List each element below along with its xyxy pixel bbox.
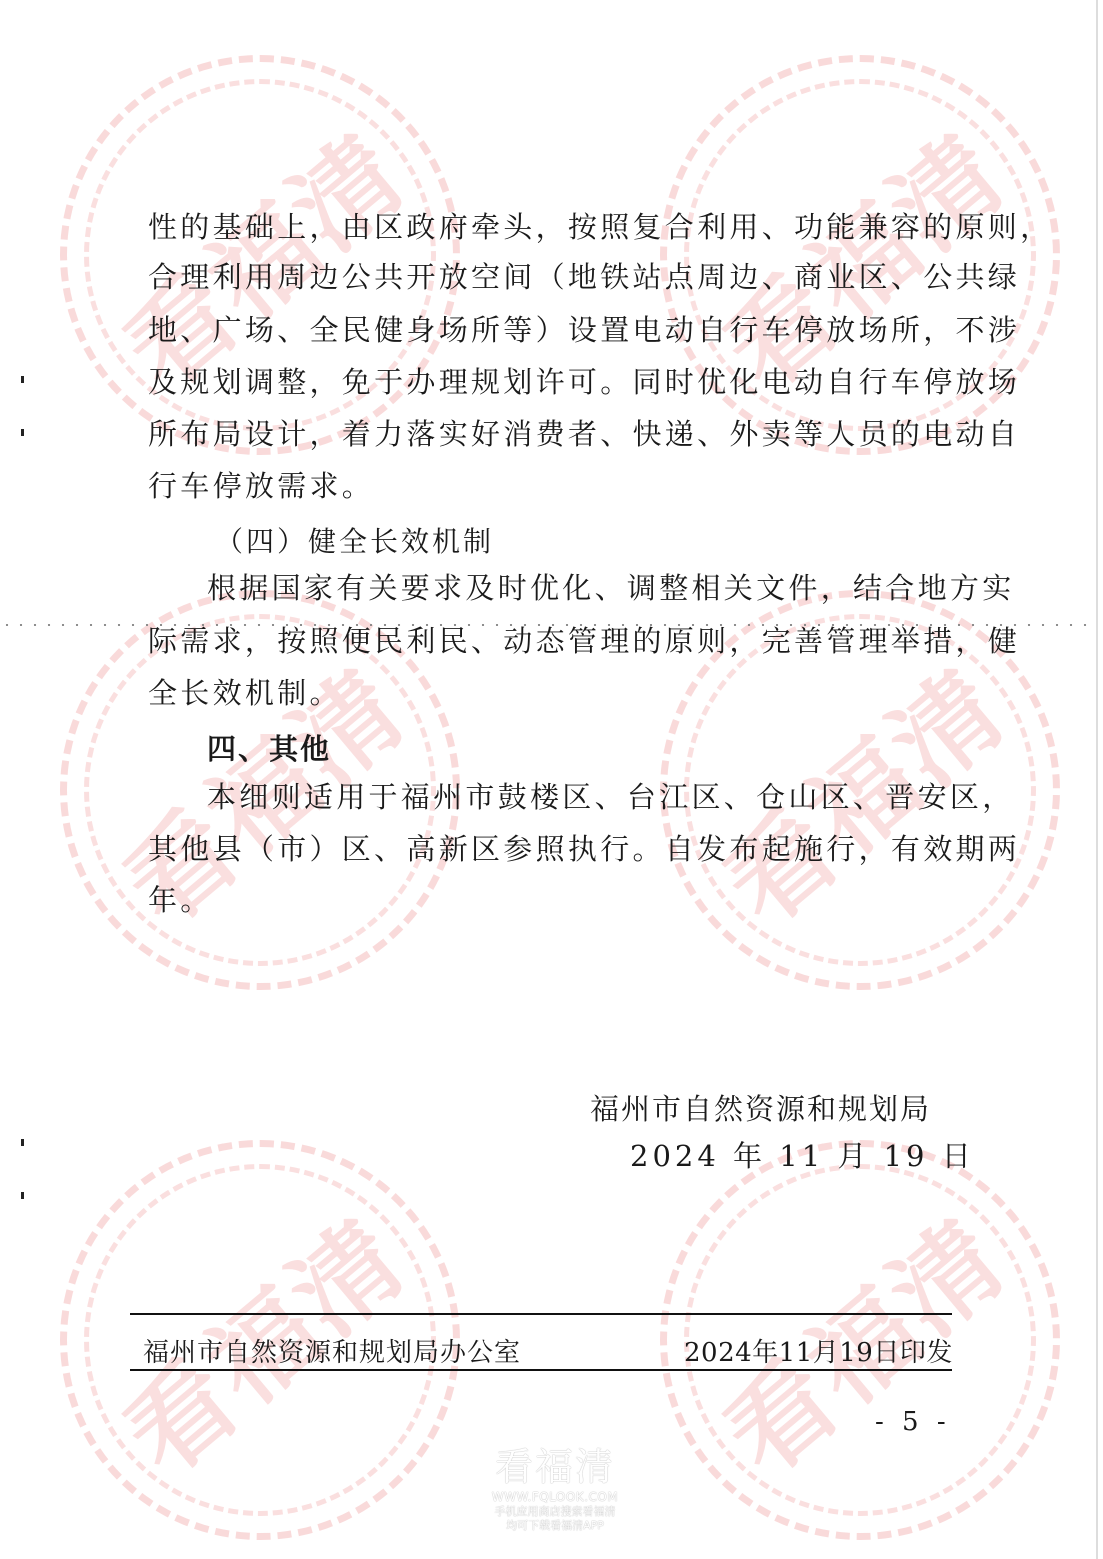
document-page: 看福清 看福清 看福清 看福清 看福清 看福清 性的基础上，由区政府牵头，按照复…	[0, 0, 1103, 1559]
footer-issuer: 福州市自然资源和规划局办公室	[143, 1332, 521, 1369]
body-line: 根据国家有关要求及时优化、调整相关文件，结合地方实	[207, 568, 924, 608]
binding-mark	[21, 1139, 24, 1146]
watermark-logo-line2: 均可下载看福清APP	[480, 1519, 630, 1533]
body-line: 合理利用周边公共开放空间（地铁站点周边、商业区、公共绿	[148, 257, 924, 297]
binding-mark	[21, 429, 24, 436]
footer-bottom-rule	[130, 1369, 952, 1371]
footer-top-rule	[130, 1313, 952, 1315]
watermark-logo-url: WWW.FQLOOK.COM	[480, 1489, 630, 1505]
body-line: 及规划调整，免于办理规划许可。同时优化电动自行车停放场	[148, 362, 924, 402]
page-number: - 5 -	[875, 1407, 951, 1437]
binding-mark	[21, 1192, 24, 1199]
footer-issue-date: 2024年11月19日印发	[684, 1332, 953, 1369]
section-heading: 四、其他	[207, 727, 331, 768]
binding-mark	[21, 376, 24, 383]
body-line: 地、广场、全民健身场所等）设置电动自行车停放场所，不涉	[148, 310, 924, 350]
signature-date: 2024 年 11 月 19 日	[630, 1134, 975, 1175]
body-line: 本细则适用于福州市鼓楼区、台江区、仓山区、晋安区，	[207, 777, 924, 817]
body-line: 性的基础上，由区政府牵头，按照复合利用、功能兼容的原则，	[148, 207, 924, 247]
body-line: 年。	[148, 880, 924, 920]
body-line: 所布局设计，着力落实好消费者、快递、外卖等人员的电动自	[148, 414, 924, 454]
watermark-logo-line1: 手机应用商店搜索看福清	[480, 1505, 630, 1519]
subsection-heading: （四）健全长效机制	[215, 520, 494, 560]
body-line: 际需求，按照便民利民、动态管理的原则，完善管理举措，健	[148, 621, 924, 661]
page-edge	[1096, 0, 1098, 1559]
body-line: 全长效机制。	[148, 673, 924, 713]
watermark-logo-text: 看福清	[480, 1445, 630, 1489]
signature-organization: 福州市自然资源和规划局	[590, 1087, 931, 1128]
body-line: 其他县（市）区、高新区参照执行。自发布起施行，有效期两	[148, 829, 924, 869]
watermark-logo: 看福清 WWW.FQLOOK.COM 手机应用商店搜索看福清 均可下载看福清AP…	[480, 1445, 630, 1533]
body-line: 行车停放需求。	[148, 466, 924, 506]
